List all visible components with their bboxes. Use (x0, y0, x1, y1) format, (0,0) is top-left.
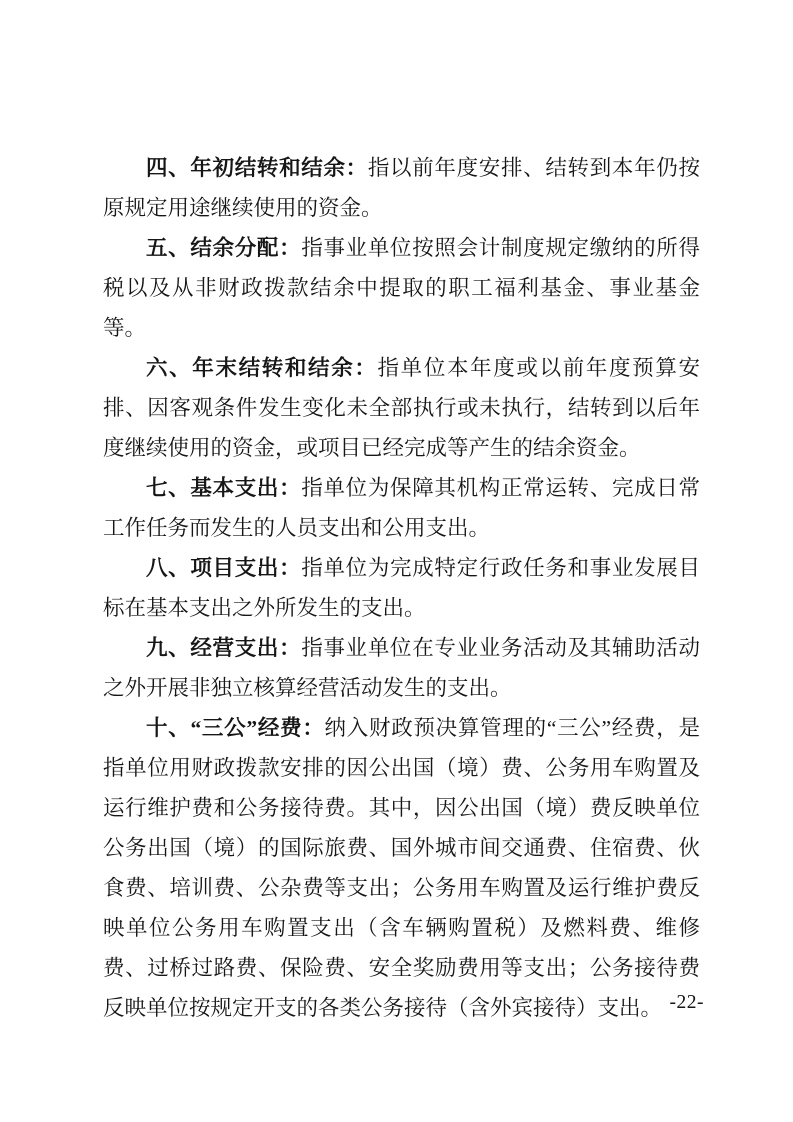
term-label: 五、结余分配： (146, 236, 301, 260)
paragraph-item-4: 四、年初结转和结余：指以前年度安排、结转到本年仍按原规定用途继续使用的资金。 (103, 148, 700, 228)
document-body: 四、年初结转和结余：指以前年度安排、结转到本年仍按原规定用途继续使用的资金。 五… (103, 148, 700, 1028)
term-definition: 纳入财政预决算管理的“三公”经费，是指单位用财政拨款安排的因公出国（境）费、公务… (103, 716, 700, 1020)
paragraph-item-10: 十、“三公”经费：纳入财政预决算管理的“三公”经费，是指单位用财政拨款安排的因公… (103, 708, 700, 1028)
paragraph-item-5: 五、结余分配：指事业单位按照会计制度规定缴纳的所得税以及从非财政拨款结余中提取的… (103, 228, 700, 348)
document-page: 四、年初结转和结余：指以前年度安排、结转到本年仍按原规定用途继续使用的资金。 五… (0, 0, 793, 1122)
term-label: 八、项目支出： (146, 556, 301, 580)
paragraph-item-7: 七、基本支出：指单位为保障其机构正常运转、完成日常工作任务而发生的人员支出和公用… (103, 468, 700, 548)
term-label: 四、年初结转和结余： (146, 156, 368, 180)
paragraph-item-6: 六、年末结转和结余：指单位本年度或以前年度预算安排、因客观条件发生变化未全部执行… (103, 348, 700, 468)
term-label: 十、“三公”经费： (146, 716, 325, 740)
term-label: 六、年末结转和结余： (146, 356, 378, 380)
page-number: -22- (670, 992, 705, 1014)
term-label: 七、基本支出： (146, 476, 301, 500)
term-label: 九、经营支出： (146, 636, 301, 660)
paragraph-item-9: 九、经营支出：指事业单位在专业业务活动及其辅助活动之外开展非独立核算经营活动发生… (103, 628, 700, 708)
paragraph-item-8: 八、项目支出：指单位为完成特定行政任务和事业发展目标在基本支出之外所发生的支出。 (103, 548, 700, 628)
